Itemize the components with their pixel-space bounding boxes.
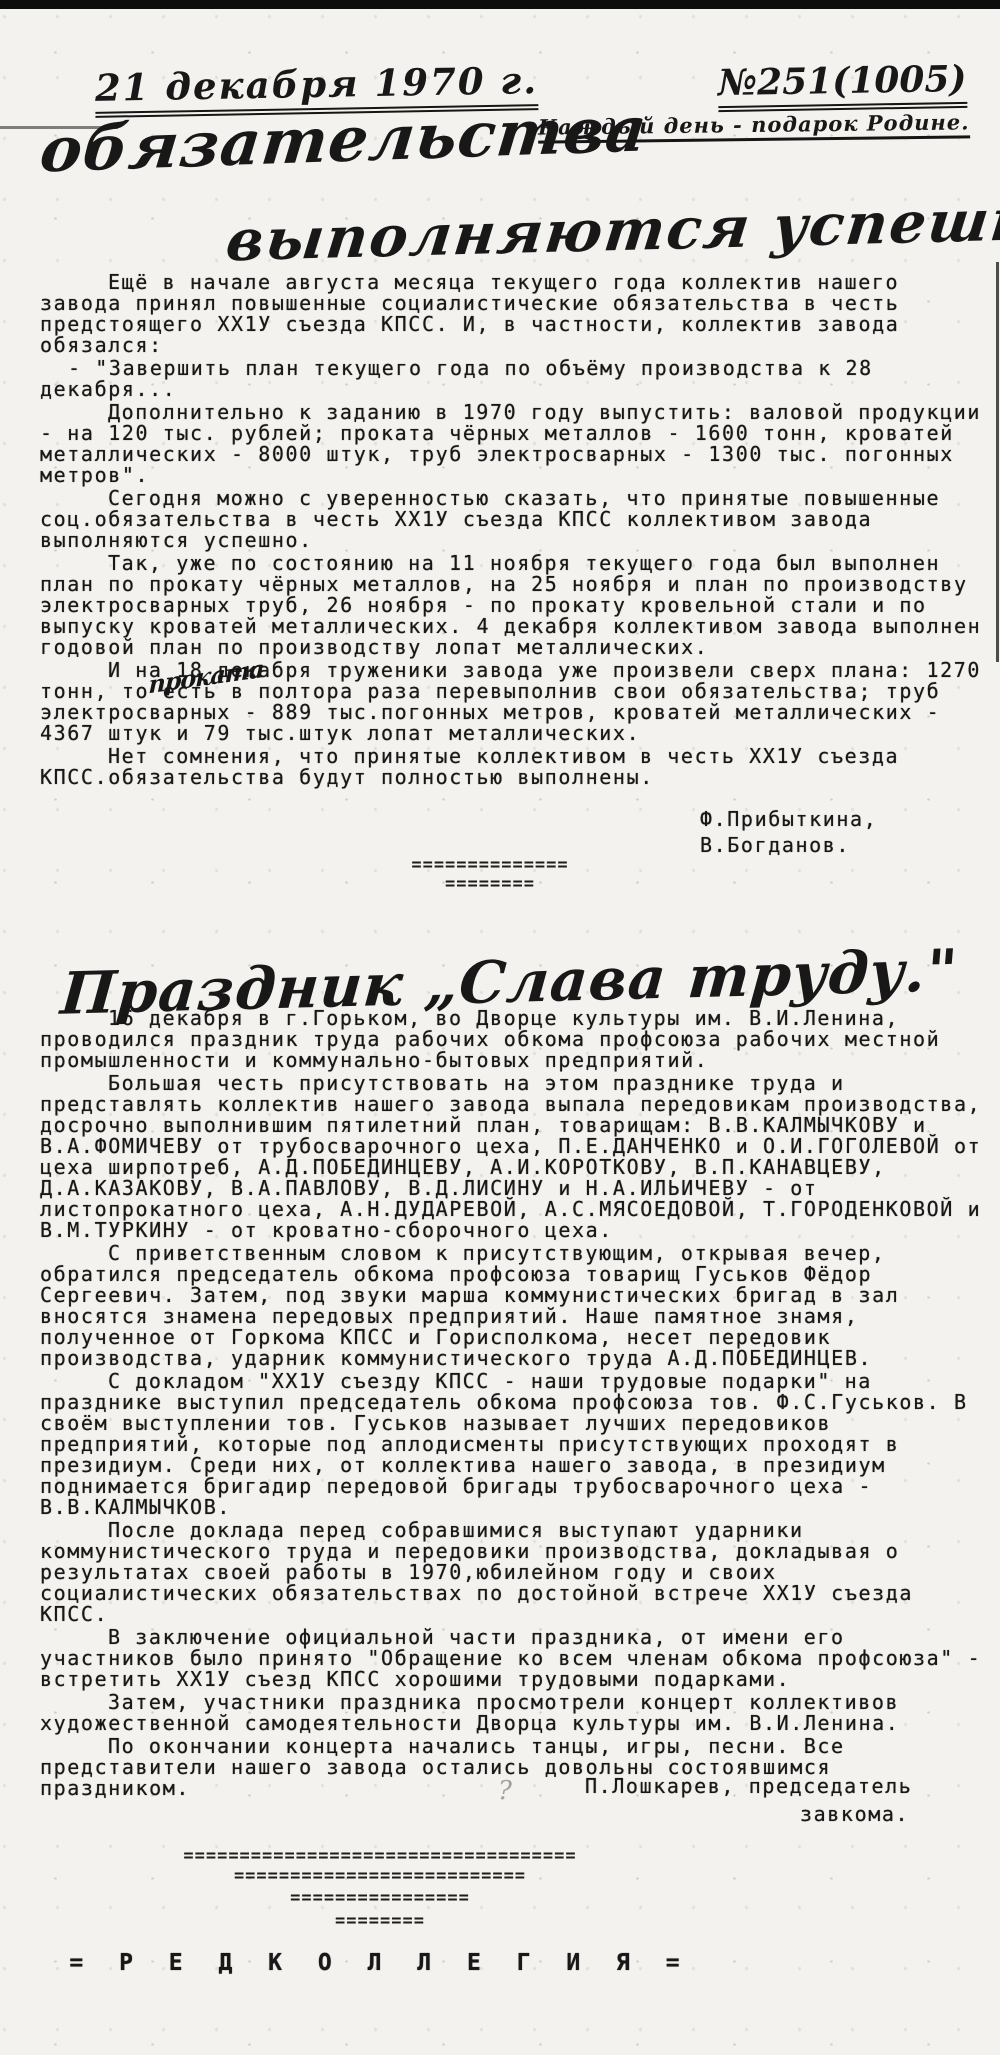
article2-paragraph: После доклада перед собравшимися выступа…	[40, 1520, 982, 1625]
divider-line: ===================================	[100, 1846, 660, 1866]
article2-signature-2: завкома.	[585, 1800, 912, 1828]
divider-line: ========	[300, 875, 680, 894]
article2-paragraph: С приветственным словом к присутствующим…	[40, 1243, 982, 1369]
article1-paragraph: - "Завершить план текущего года по объём…	[40, 358, 982, 400]
scan-right-edge-line	[996, 262, 999, 662]
pencil-stray-mark: ?	[498, 1776, 512, 1806]
footer-divider: =================================== ====…	[100, 1846, 660, 1931]
article2-paragraph: Затем, участники праздника просмотрели к…	[40, 1692, 982, 1734]
divider-line: ================	[100, 1888, 660, 1908]
article1-paragraph: Нет сомнения, что принятые коллективом в…	[40, 746, 982, 788]
article2-paragraph: С докладом "ХХ1У съезду КПСС - наши труд…	[40, 1371, 982, 1518]
divider-line: ==========================	[100, 1866, 660, 1886]
divider-line: ==============	[300, 856, 680, 875]
article2-body: 16 декабря в г.Горьком, во Дворце культу…	[40, 1008, 982, 1801]
article2-paragraph: Большая честь присутствовать на этом пра…	[40, 1073, 982, 1241]
scan-top-edge	[0, 0, 1000, 9]
newsletter-page: 21 декабря 1970 г. №251(1005) Каждый ден…	[0, 0, 1000, 2055]
article1-body: Ещё в начале августа месяца текущего год…	[40, 272, 982, 790]
article1-paragraph: Так, уже по состоянию на 11 ноября текущ…	[40, 553, 982, 658]
article1-paragraph: Дополнительно к заданию в 1970 году выпу…	[40, 402, 982, 486]
article1-signature-2: В.Богданов.	[700, 832, 877, 858]
redkollegia-footer: = Р Е Д К О Л Л Е Г И Я =	[0, 1950, 760, 1976]
divider-line: ========	[100, 1911, 660, 1931]
article2-signature: П.Лошкарев, председатель завкома.	[585, 1772, 912, 1828]
article1-paragraph: Ещё в начале августа месяца текущего год…	[40, 272, 982, 356]
article1-headline-line2: выполняются успешно.	[223, 185, 1000, 275]
section-divider: ============== ========	[300, 856, 680, 894]
article2-signature-1: П.Лошкарев, председатель	[585, 1772, 912, 1800]
article2-paragraph: 16 декабря в г.Горьком, во Дворце культу…	[40, 1008, 982, 1071]
article1-signature-1: Ф.Прибыткина,	[700, 806, 877, 832]
article2-paragraph: В заключение официальной части праздника…	[40, 1627, 982, 1690]
masthead-issue-number: №251(1005)	[718, 58, 967, 112]
article1-paragraph: Сегодня можно с уверенностью сказать, чт…	[40, 488, 982, 551]
article1-signatures: Ф.Прибыткина, В.Богданов.	[700, 806, 877, 858]
